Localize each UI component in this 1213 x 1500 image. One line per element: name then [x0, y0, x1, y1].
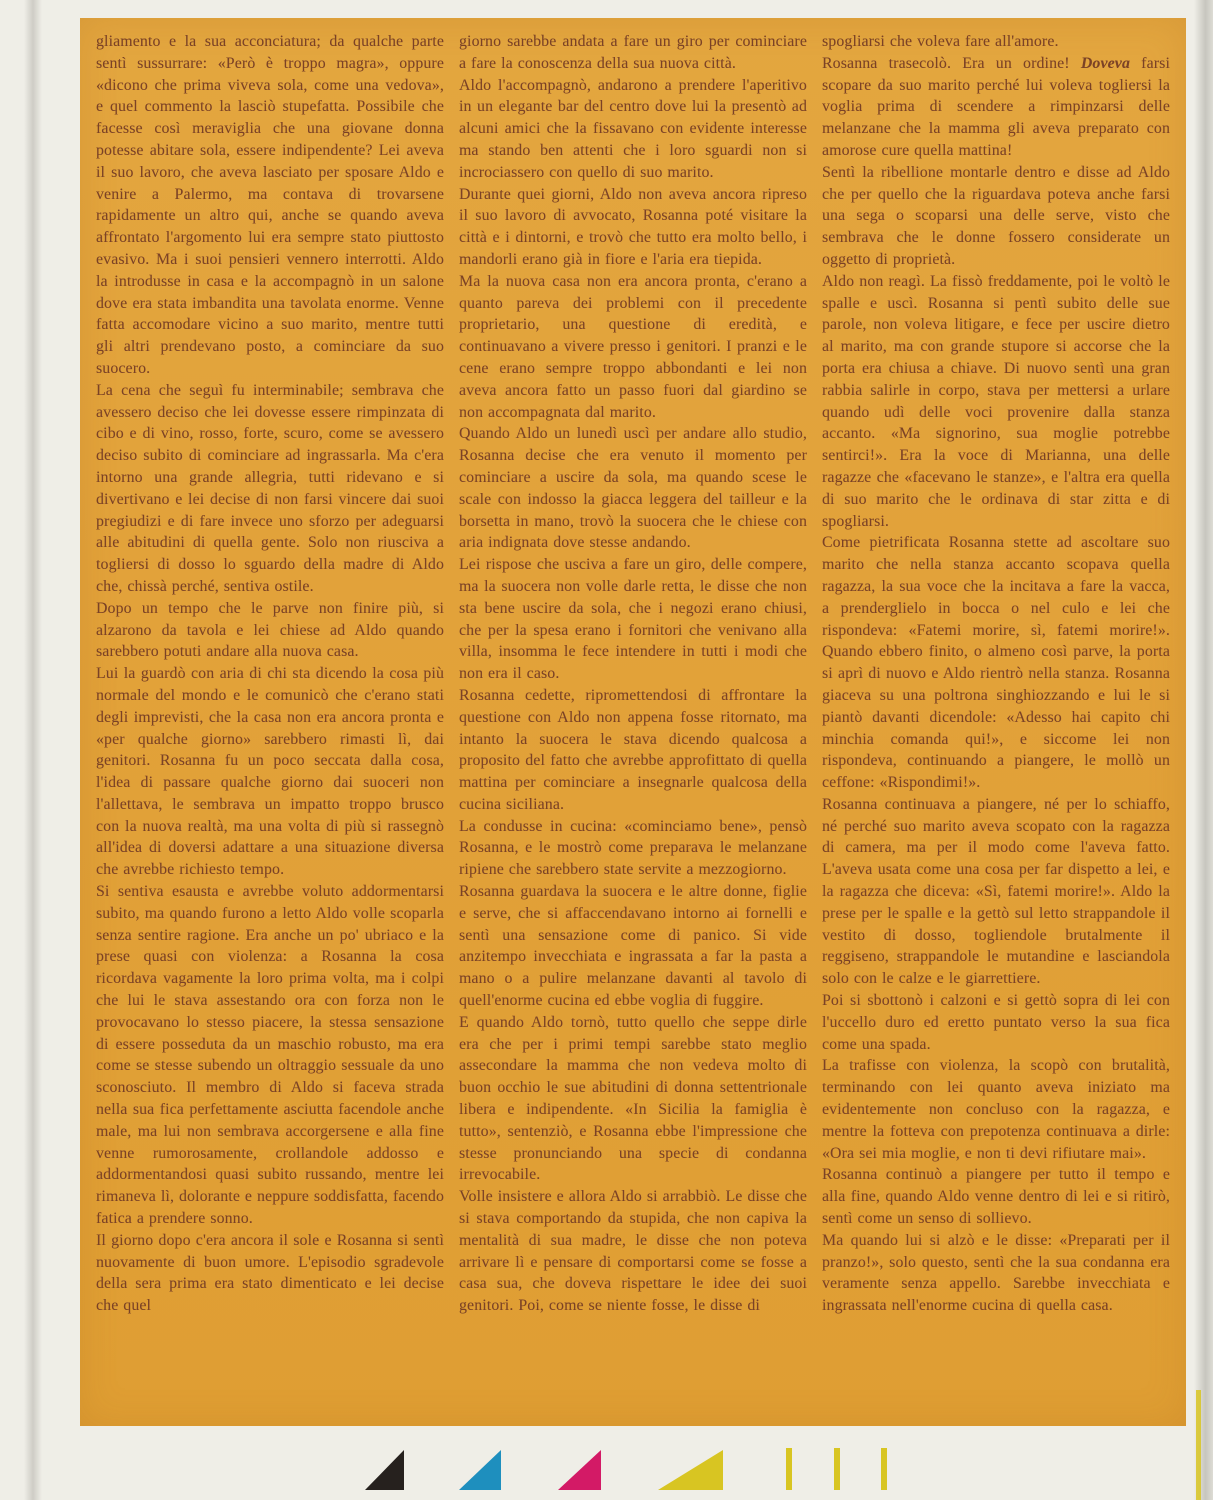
paragraph: La trafisse con violenza, la scopò con b…: [822, 1055, 1170, 1164]
paragraph: La cena che seguì fu interminabile; semb…: [96, 380, 444, 598]
text-column-3: spogliarsi che voleva fare all'amore. Ro…: [822, 31, 1170, 1414]
paragraph: Ma la nuova casa non era ancora pronta, …: [459, 271, 807, 424]
registration-bar-yellow: [881, 1448, 887, 1490]
paragraph: Aldo l'accompagnò, andarono a prendere l…: [459, 75, 807, 184]
paragraph: giorno sarebbe andata a fare un giro per…: [459, 31, 807, 75]
paragraph: Aldo non reagì. La fissò freddamente, po…: [822, 271, 1170, 533]
text-column-2: giorno sarebbe andata a fare un giro per…: [459, 31, 807, 1414]
paragraph: Quando Aldo un lunedì uscì per andare al…: [459, 423, 807, 554]
paragraph: Come pietrificata Rosanna stette ad asco…: [822, 532, 1170, 794]
paragraph: La condusse in cucina: «cominciamo bene»…: [459, 816, 807, 881]
print-registration-marks: [340, 1390, 1213, 1500]
registration-triangle-magenta: [558, 1450, 601, 1490]
paragraph: Volle insistere e allora Aldo si arrabbi…: [459, 1186, 807, 1317]
three-column-layout: gliamento e la sua acconciatura; da qual…: [96, 31, 1170, 1414]
paragraph: gliamento e la sua acconciatura; da qual…: [96, 31, 444, 380]
registration-bar-yellow: [834, 1448, 840, 1490]
registration-triangle-yellow: [658, 1450, 723, 1490]
paragraph: Rosanna continuò a piangere per tutto il…: [822, 1164, 1170, 1229]
paragraph: Sentì la ribellione montarle dentro e di…: [822, 162, 1170, 271]
registration-edge-strip-yellow: [1196, 1390, 1201, 1500]
paragraph: Il giorno dopo c'era ancora il sole e Ro…: [96, 1230, 444, 1317]
registration-triangle-black: [365, 1450, 404, 1490]
paragraph-text: Rosanna trasecolò. Era un ordine!: [822, 55, 1081, 72]
paragraph: Dopo un tempo che le parve non finire pi…: [96, 598, 444, 663]
paragraph: Poi si sbottonò i calzoni e si gettò sop…: [822, 990, 1170, 1055]
paragraph: spogliarsi che voleva fare all'amore.: [822, 31, 1170, 53]
paragraph: Rosanna continuava a piangere, né per lo…: [822, 794, 1170, 990]
paragraph: E quando Aldo tornò, tutto quello che se…: [459, 1012, 807, 1186]
paragraph: Rosanna cedette, ripromettendosi di affr…: [459, 685, 807, 816]
paragraph: Lui la guardò con aria di chi sta dicend…: [96, 663, 444, 881]
paragraph: Lei rispose che usciva a fare un giro, d…: [459, 554, 807, 685]
paragraph: Rosanna guardava la suocera e le altre d…: [459, 881, 807, 1012]
article-text-panel: gliamento e la sua acconciatura; da qual…: [80, 18, 1186, 1426]
paragraph: Durante quei giorni, Aldo non aveva anco…: [459, 184, 807, 271]
paragraph: Si sentiva esausta e avrebbe voluto addo…: [96, 881, 444, 1230]
emphasized-word: Doveva: [1081, 55, 1130, 72]
registration-bar-yellow: [786, 1448, 792, 1490]
registration-triangle-cyan: [459, 1450, 501, 1490]
scan-edge-shadow-right: [1194, 0, 1213, 1500]
paragraph: Rosanna trasecolò. Era un ordine! Doveva…: [822, 53, 1170, 162]
paragraph: Ma quando lui si alzò e le disse: «Prepa…: [822, 1230, 1170, 1317]
scan-edge-shadow-left: [24, 0, 42, 1500]
text-column-1: gliamento e la sua acconciatura; da qual…: [96, 31, 444, 1414]
